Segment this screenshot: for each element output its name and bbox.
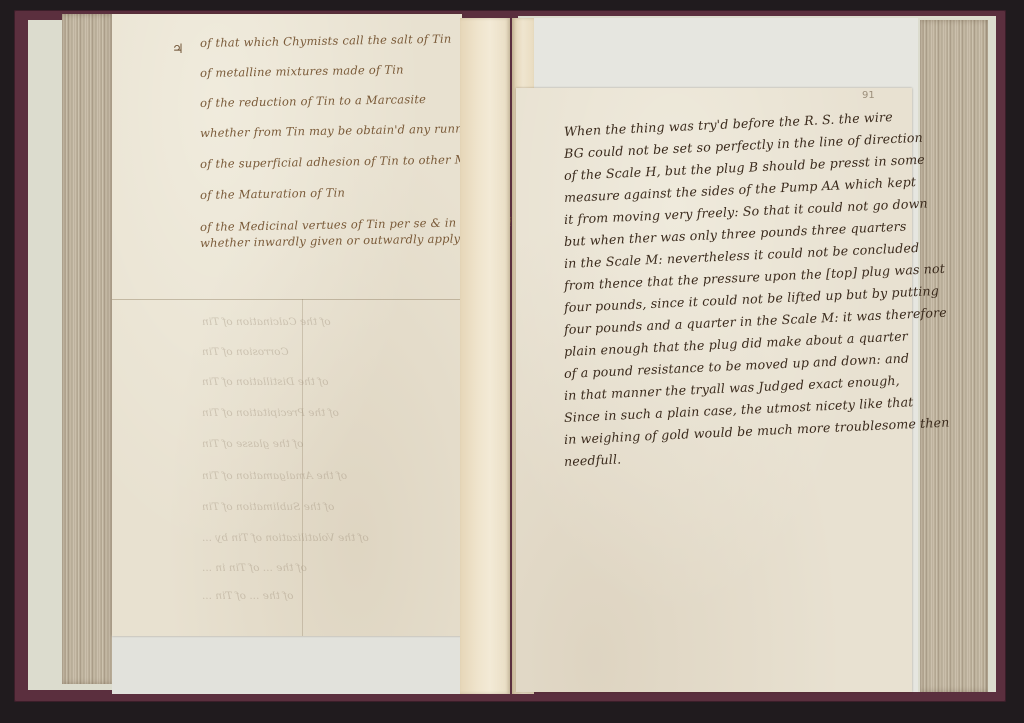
folio-number: 91 (862, 90, 875, 101)
show-through-line: of the Calcination of Tin (202, 316, 331, 328)
jupiter-tin-symbol-icon: ♃ (172, 42, 184, 57)
list-line: whether from Tin may be obtain'd any run… (200, 121, 493, 140)
show-through-line: of the Sublimation of Tin (202, 501, 334, 513)
list-line: of metalline mixtures made of Tin (200, 62, 404, 80)
list-line: of that which Chymists call the salt of … (200, 32, 452, 50)
vertical-fold-line (302, 299, 303, 636)
show-through-line: of the Precipitation of Tin (202, 407, 339, 419)
right-manuscript-leaf: 91 When the thing was try'd before the R… (516, 88, 912, 692)
left-manuscript-leaf: ♃ of that which Chymists call the salt o… (112, 14, 462, 636)
list-line: of the reduction of Tin to a Marcasite (200, 92, 426, 110)
right-page-block-edges (920, 20, 988, 692)
show-through-line: of the glasse of Tin (202, 438, 303, 450)
show-through-line: of the Volatilization of Tin by ... (202, 532, 369, 544)
list-line: of the superficial adhesion of Tin to ot… (200, 152, 496, 171)
list-line: whether inwardly given or outwardly appl… (200, 231, 475, 250)
show-through-line: of the Amalgamation of Tin (202, 470, 347, 482)
horizontal-fold-line (112, 299, 462, 300)
show-through-line: Corrosion of Tin (202, 346, 289, 358)
manuscript-spread: ♃ of that which Chymists call the salt o… (0, 0, 1024, 723)
left-page-block-edges (62, 14, 112, 684)
list-line: of the Maturation of Tin (200, 185, 345, 202)
left-guard-strip (460, 18, 510, 694)
text-line: needfull. (564, 451, 622, 469)
show-through-line: of the Distillation of Tin (202, 376, 328, 388)
left-mounting-sheet (112, 636, 462, 694)
show-through-line: of the ... of Tin ... (202, 590, 293, 602)
show-through-line: of the ... of Tin in ... (202, 562, 307, 574)
